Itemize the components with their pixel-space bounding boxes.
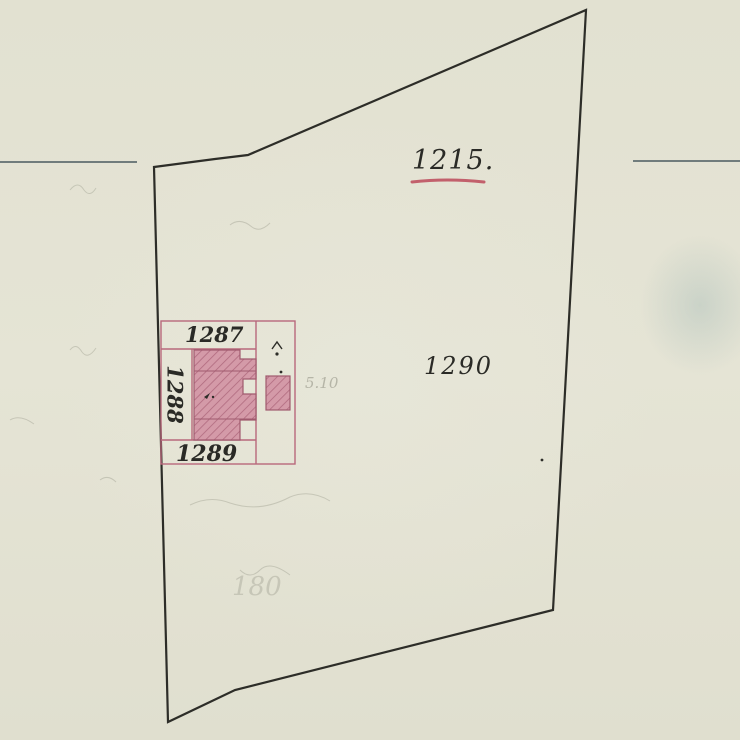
cadastral-map: 5.10 180 bbox=[0, 0, 740, 740]
parcel-1288-label: 1288 bbox=[165, 365, 186, 423]
main-building[interactable] bbox=[194, 350, 256, 440]
parcel-1287-label: 1287 bbox=[185, 324, 243, 345]
parcel-1289-label: 1289 bbox=[176, 443, 237, 465]
pencil-annotation-510: 5.10 bbox=[305, 374, 339, 392]
parcel-1290-label: 1290 bbox=[424, 354, 493, 378]
pencil-annotation-180: 180 bbox=[232, 572, 282, 602]
outbuilding[interactable] bbox=[266, 376, 290, 410]
parcel-1215-underline bbox=[412, 180, 484, 182]
caret-mark bbox=[272, 342, 282, 349]
parcel-1215-label: 1215. bbox=[412, 147, 494, 174]
